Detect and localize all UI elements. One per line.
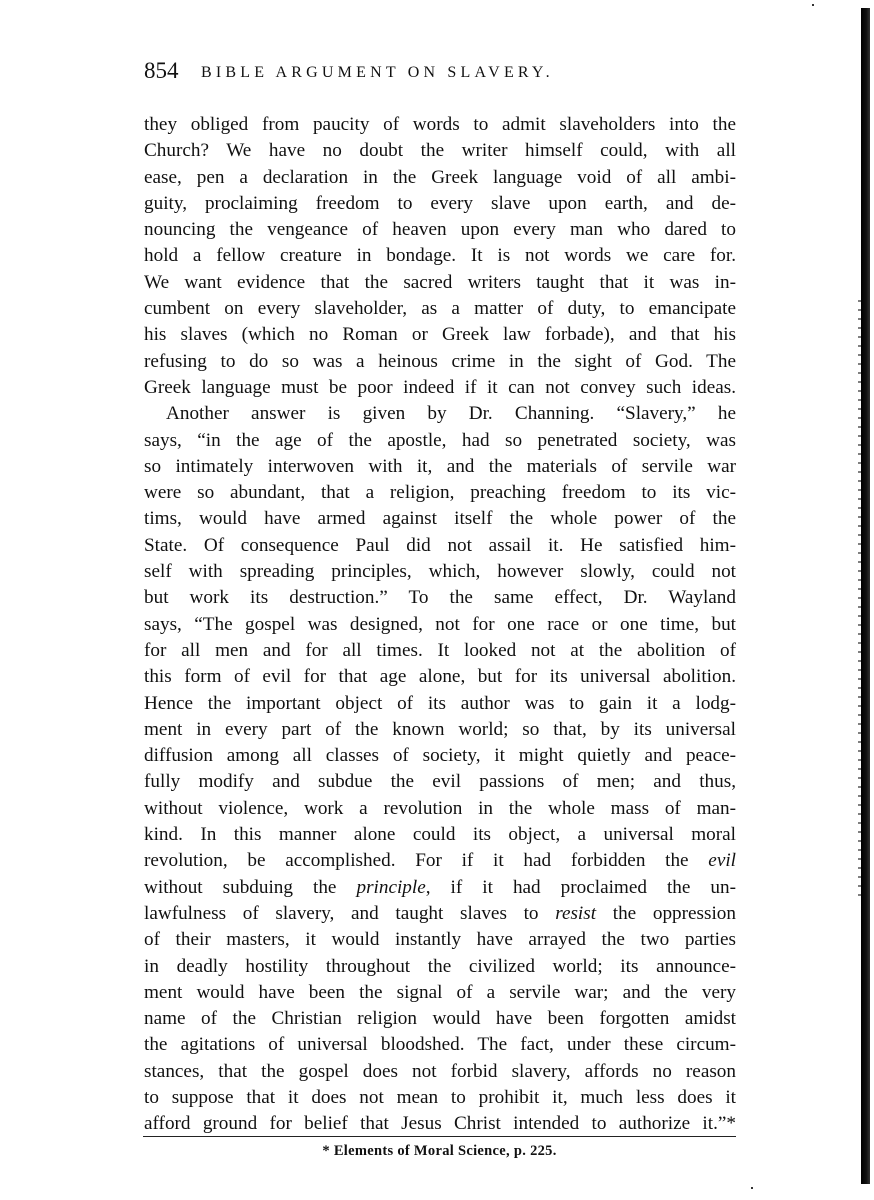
text-line: of their masters, it would instantly hav… bbox=[144, 927, 736, 953]
text-line: in deadly hostility throughout the civil… bbox=[144, 954, 736, 980]
text-line: nouncing the vengeance of heaven upon ev… bbox=[144, 217, 736, 243]
text-line: self with spreading principles, which, h… bbox=[144, 559, 736, 585]
scan-binding-edge bbox=[861, 8, 870, 1184]
text-line: Hence the important object of its author… bbox=[144, 691, 736, 717]
running-title: BIBLE ARGUMENT ON SLAVERY. bbox=[201, 56, 554, 90]
scan-noise-dot bbox=[751, 1187, 753, 1189]
text-line: fully modify and subdue the evil passion… bbox=[144, 769, 736, 795]
text-line: the agitations of universal bloodshed. T… bbox=[144, 1032, 736, 1058]
text-segment: , if it had proclaimed the un- bbox=[426, 877, 736, 898]
scan-edge-speckle bbox=[858, 300, 861, 900]
text-line: ease, pen a declaration in the Greek lan… bbox=[144, 165, 736, 191]
footnote-rule bbox=[143, 1136, 736, 1137]
text-line: this form of evil for that age alone, bu… bbox=[144, 664, 736, 690]
text-line: stances, that the gospel does not forbid… bbox=[144, 1059, 736, 1085]
text-line: Church? We have no doubt the writer hims… bbox=[144, 138, 736, 164]
text-line: diffusion among all classes of society, … bbox=[144, 743, 736, 769]
italic-word: principle bbox=[356, 877, 425, 898]
text-line: hold a fellow creature in bondage. It is… bbox=[144, 243, 736, 269]
text-line: refusing to do so was a heinous crime in… bbox=[144, 349, 736, 375]
text-line: were so abundant, that a religion, preac… bbox=[144, 480, 736, 506]
page-number: 854 bbox=[144, 54, 179, 88]
text-line: says, “in the age of the apostle, had so… bbox=[144, 428, 736, 454]
text-line: they obliged from paucity of words to ad… bbox=[144, 112, 736, 138]
italic-word: resist bbox=[555, 903, 596, 924]
scan-noise-dot bbox=[812, 4, 814, 6]
text-line: guity, proclaiming freedom to every slav… bbox=[144, 191, 736, 217]
text-segment: the oppression bbox=[613, 903, 736, 924]
text-line: ment in every part of the known world; s… bbox=[144, 717, 736, 743]
text-line: so intimately interwoven with it, and th… bbox=[144, 454, 736, 480]
text-segment: without subduing the bbox=[144, 877, 336, 898]
text-line: afford ground for belief that Jesus Chri… bbox=[144, 1111, 736, 1137]
text-line: but work its destruction.” To the same e… bbox=[144, 585, 736, 611]
text-line: tims, would have armed against itself th… bbox=[144, 506, 736, 532]
footnote: * Elements of Moral Science, p. 225. bbox=[143, 1141, 736, 1161]
text-line: Greek language must be poor indeed if it… bbox=[144, 375, 736, 401]
text-line-with-italic: revolution, be accomplished. For if it h… bbox=[144, 848, 736, 874]
text-line: for all men and for all times. It looked… bbox=[144, 638, 736, 664]
italic-word: evil bbox=[708, 850, 736, 871]
text-line: State. Of consequence Paul did not assai… bbox=[144, 533, 736, 559]
text-line-with-italic: lawfulness of slavery, and taught slaves… bbox=[144, 901, 736, 927]
text-line: kind. In this manner alone could its obj… bbox=[144, 822, 736, 848]
text-line: says, “The gospel was designed, not for … bbox=[144, 612, 736, 638]
text-line: We want evidence that the sacred writers… bbox=[144, 270, 736, 296]
page-header: 854 BIBLE ARGUMENT ON SLAVERY. bbox=[144, 54, 736, 88]
paragraph-start-line: Another answer is given by Dr. Channing.… bbox=[144, 401, 736, 427]
scanned-book-page: 854 BIBLE ARGUMENT ON SLAVERY. they obli… bbox=[0, 0, 874, 1200]
text-line: his slaves (which no Roman or Greek law … bbox=[144, 322, 736, 348]
text-line: name of the Christian religion would hav… bbox=[144, 1006, 736, 1032]
body-text: they obliged from paucity of words to ad… bbox=[144, 112, 736, 1138]
text-line: to suppose that it does not mean to proh… bbox=[144, 1085, 736, 1111]
text-segment: lawfulness of slavery, and taught slaves… bbox=[144, 903, 539, 924]
text-line-with-italic: without subduing the principle, if it ha… bbox=[144, 875, 736, 901]
text-line: without violence, work a revolution in t… bbox=[144, 796, 736, 822]
text-line: cumbent on every slaveholder, as a matte… bbox=[144, 296, 736, 322]
text-segment: revolution, be accomplished. For if it h… bbox=[144, 850, 689, 871]
text-line: ment would have been the signal of a ser… bbox=[144, 980, 736, 1006]
